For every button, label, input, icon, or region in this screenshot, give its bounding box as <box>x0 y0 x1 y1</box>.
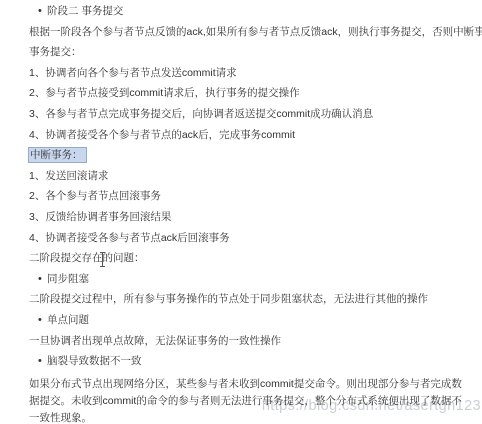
list-item-text: 同步阻塞 <box>47 273 89 285</box>
doc-line: 2、各个参与者节点回滚事务 <box>29 190 472 203</box>
list-item: •阶段二 事务提交 <box>29 5 472 18</box>
doc-line: 二阶段提交存在的问题： <box>29 252 472 265</box>
bullet-icon: • <box>38 355 47 368</box>
doc-line: 4、协调者接受各参与者节点ack后回滚事务 <box>29 232 472 245</box>
doc-line-text: 事务提交： <box>29 46 82 58</box>
list-item-text: 单点问题 <box>47 314 89 326</box>
doc-line: 4、协调者接受各个参与者节点的ack后，完成事务commit <box>29 129 472 142</box>
doc-line: 2、参与者节点接受到commit请求后，执行事务的提交操作 <box>29 87 472 100</box>
list-item-text: 脑裂导致数据不一致 <box>47 355 142 367</box>
doc-line: 一旦协调者出现单点故障，无法保证事务的一致性操作 <box>29 335 472 348</box>
doc-line-text: 4、协调者接受各参与者节点ack后回滚事务 <box>29 232 230 244</box>
doc-line: 3、反馈给协调者事务回滚结果 <box>29 211 472 224</box>
selected-text[interactable]: 中断事务： <box>29 148 86 162</box>
document-content[interactable]: •阶段二 事务提交 根据一阶段各个参与者节点反馈的ack,如果所有参与者节点反馈… <box>0 0 482 424</box>
doc-line-text: 1、发送回滚请求 <box>29 170 108 182</box>
bullet-icon: • <box>38 273 47 286</box>
doc-line: 3、各参与者节点完成事务提交后，向协调者返送提交commit成功确认消息 <box>29 108 472 121</box>
doc-line: 二阶段提交过程中，所有参与事务操作的节点处于同步阻塞状态，无法进行其他的操作 <box>29 293 472 306</box>
doc-line-text: 2、参与者节点接受到commit请求后，执行事务的提交操作 <box>29 87 300 99</box>
doc-line-text: 1、协调者向各个参与者节点发送commit请求 <box>29 67 237 79</box>
doc-line: 1、发送回滚请求 <box>29 170 472 183</box>
i-beam-cursor <box>99 252 106 267</box>
doc-line-text: 根据一阶段各个参与者节点反馈的ack,如果所有参与者节点反馈ack，则执行事务提… <box>29 26 482 38</box>
doc-paragraph: 如果分布式节点出现网络分区，某些参与者未收到commit提交命令。则出现部分参与… <box>29 376 466 424</box>
doc-paragraph-text: 如果分布式节点出现网络分区，某些参与者未收到commit提交命令。则出现部分参与… <box>29 378 462 424</box>
doc-line-text: 3、各参与者节点完成事务提交后，向协调者返送提交commit成功确认消息 <box>29 108 373 120</box>
document-page: https://blog.csdn.net/asertgh123 •阶段二 事务… <box>0 0 482 424</box>
list-item-text: 阶段二 事务提交 <box>47 5 123 17</box>
list-item: •单点问题 <box>29 314 472 327</box>
doc-line: 事务提交： <box>29 46 472 59</box>
bullet-icon: • <box>38 314 47 327</box>
doc-line-text: 二阶段提交过程中，所有参与事务操作的节点处于同步阻塞状态，无法进行其他的操作 <box>29 293 428 305</box>
doc-line-text: 一旦协调者出现单点故障，无法保证事务的一致性操作 <box>29 335 281 347</box>
doc-line: 1、协调者向各个参与者节点发送commit请求 <box>29 67 472 80</box>
list-item: •同步阻塞 <box>29 273 472 286</box>
doc-line-text: 2、各个参与者节点回滚事务 <box>29 190 161 202</box>
doc-line-text: 4、协调者接受各个参与者节点的ack后，完成事务commit <box>29 129 295 141</box>
doc-line-text: 二阶段提交存在的问题： <box>29 252 145 264</box>
doc-line-text: 3、反馈给协调者事务回滚结果 <box>29 211 171 223</box>
doc-line: 根据一阶段各个参与者节点反馈的ack,如果所有参与者节点反馈ack，则执行事务提… <box>29 26 472 39</box>
list-item: •脑裂导致数据不一致 <box>29 355 472 368</box>
doc-line: 中断事务： <box>29 149 472 162</box>
bullet-icon: • <box>38 5 47 18</box>
